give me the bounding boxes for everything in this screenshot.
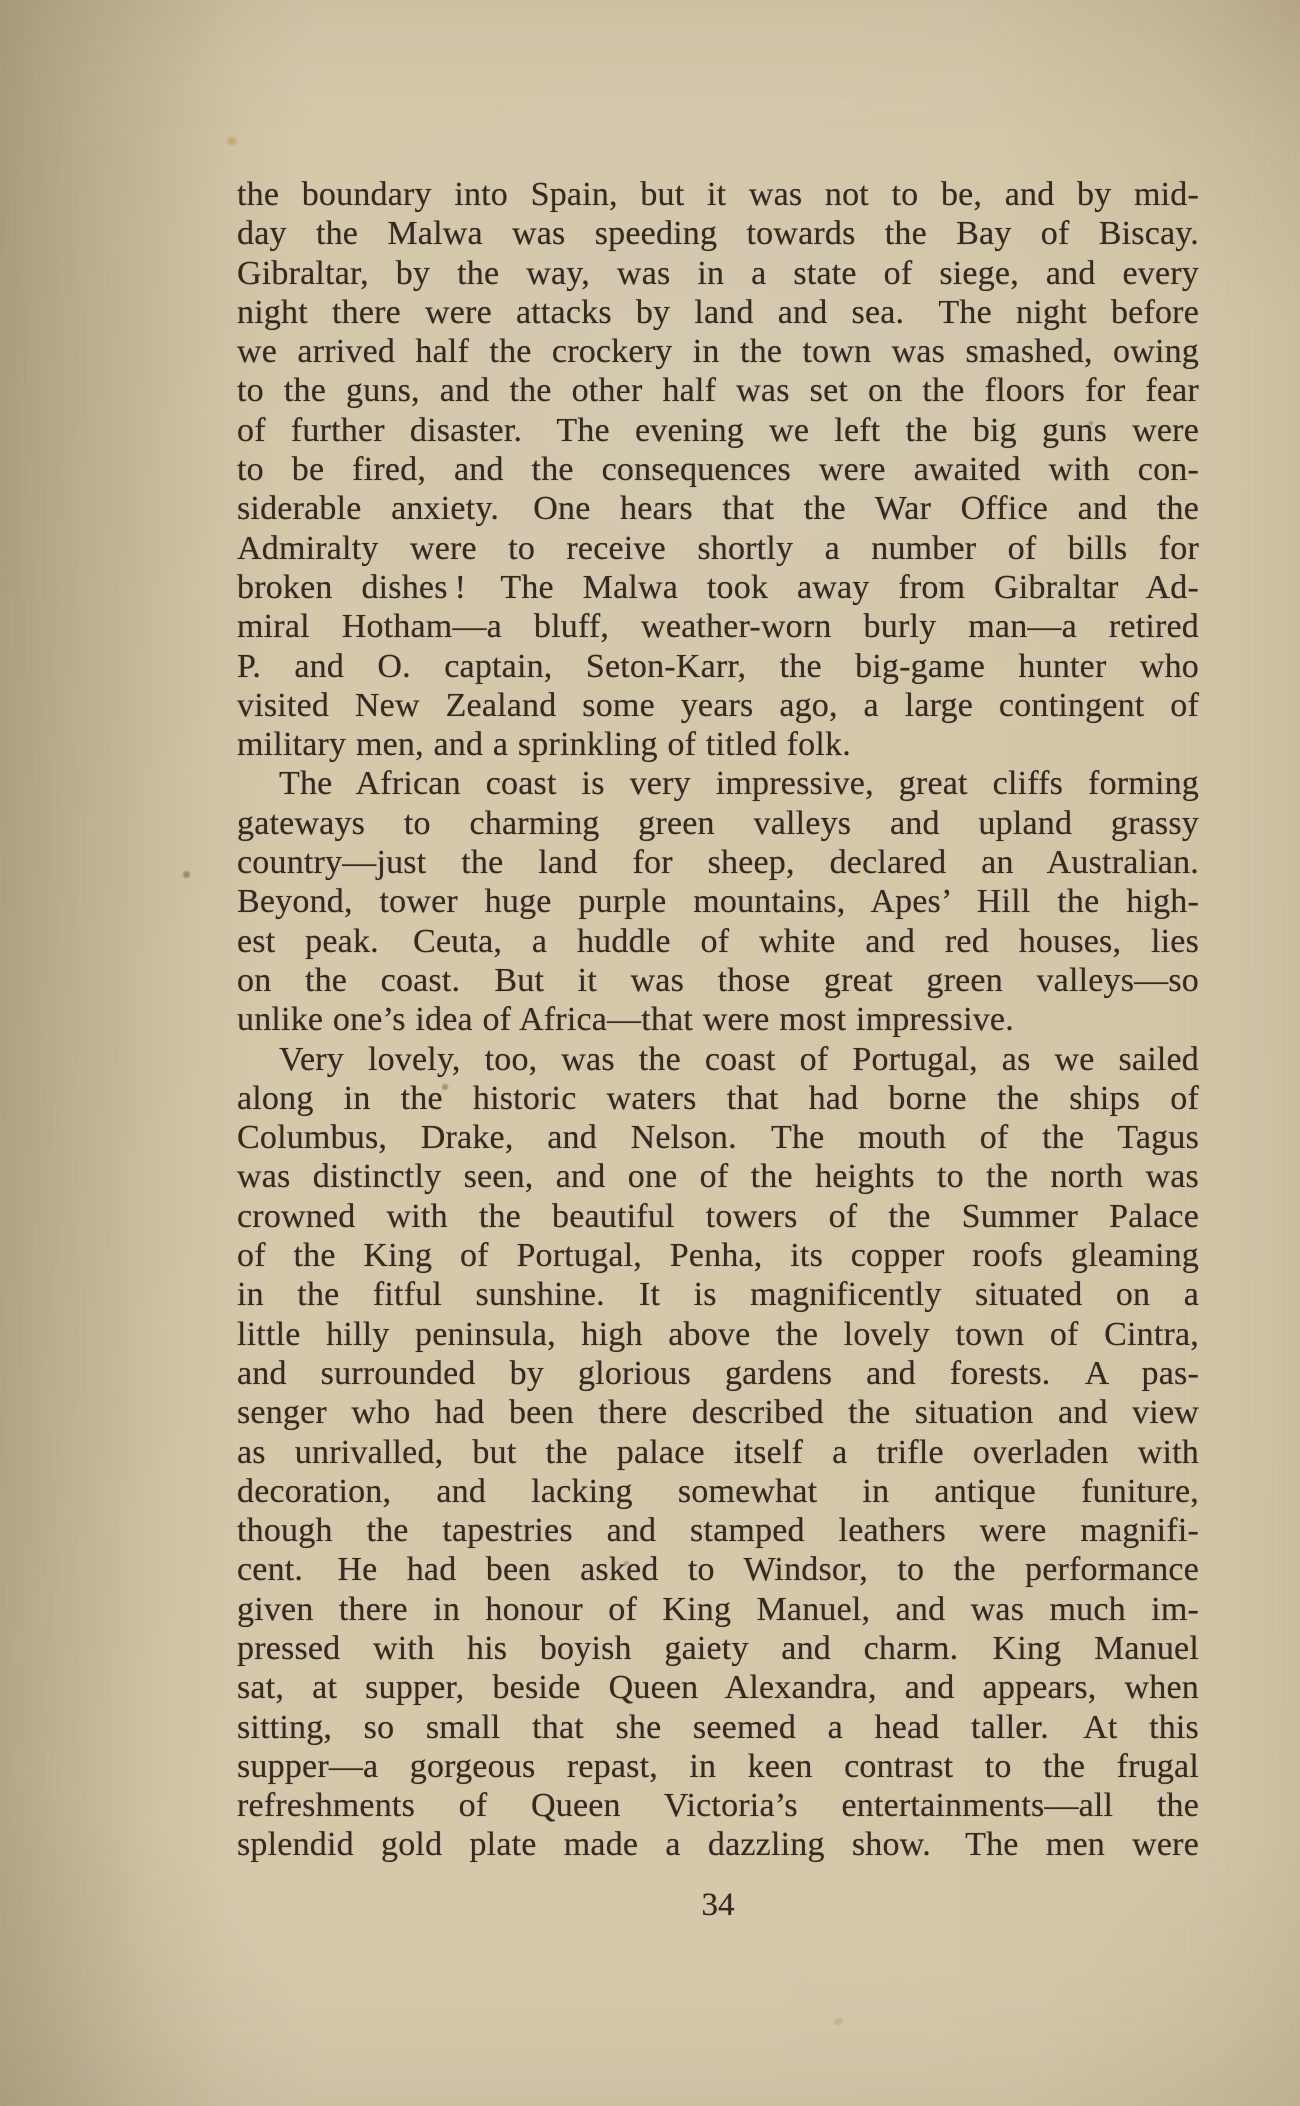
text-line: to the guns, and the other half was set … bbox=[237, 371, 1199, 410]
text-line: cent. He had been asked to Windsor, to t… bbox=[237, 1550, 1199, 1589]
text-line: the boundary into Spain, but it was not … bbox=[237, 175, 1199, 214]
text-line: we arrived half the crockery in the town… bbox=[237, 332, 1199, 371]
paper-stain bbox=[183, 871, 190, 878]
text-line: Beyond, tower huge purple mountains, Ape… bbox=[237, 882, 1199, 921]
text-line: Admiralty were to receive shortly a numb… bbox=[237, 529, 1199, 568]
text-line: crowned with the beautiful towers of the… bbox=[237, 1197, 1199, 1236]
text-line: visited New Zealand some years ago, a la… bbox=[237, 686, 1199, 725]
text-line: sitting, so small that she seemed a head… bbox=[237, 1708, 1199, 1747]
text-line: gateways to charming green valleys and u… bbox=[237, 804, 1199, 843]
text-line: est peak. Ceuta, a huddle of white and r… bbox=[237, 922, 1199, 961]
text-line: Very lovely, too, was the coast of Portu… bbox=[237, 1040, 1199, 1079]
text-line: pressed with his boyish gaiety and charm… bbox=[237, 1629, 1199, 1668]
text-line: Columbus, Drake, and Nelson. The mouth o… bbox=[237, 1118, 1199, 1157]
text-line: little hilly peninsula, high above the l… bbox=[237, 1315, 1199, 1354]
text-line: night there were attacks by land and sea… bbox=[237, 293, 1199, 332]
paper-stain bbox=[227, 137, 237, 145]
text-line: in the fitful sunshine. It is magnificen… bbox=[237, 1275, 1199, 1314]
book-page-scan: the boundary into Spain, but it was not … bbox=[0, 0, 1300, 2106]
text-line: though the tapestries and stamped leathe… bbox=[237, 1511, 1199, 1550]
text-line: military men, and a sprinkling of titled… bbox=[237, 725, 1199, 764]
text-line: miral Hotham—a bluff, weather-worn burly… bbox=[237, 607, 1199, 646]
text-line: sat, at supper, beside Queen Alexandra, … bbox=[237, 1668, 1199, 1707]
text-line: senger who had been there described the … bbox=[237, 1393, 1199, 1432]
text-line: The African coast is very impressive, gr… bbox=[237, 764, 1199, 803]
text-line: of the King of Portugal, Penha, its copp… bbox=[237, 1236, 1199, 1275]
text-line: P. and O. captain, Seton-Karr, the big-g… bbox=[237, 647, 1199, 686]
text-line: on the coast. But it was those great gre… bbox=[237, 961, 1199, 1000]
page-number: 34 bbox=[237, 1886, 1199, 1925]
text-line: along in the historic waters that had bo… bbox=[237, 1079, 1199, 1118]
text-line: country—just the land for sheep, declare… bbox=[237, 843, 1199, 882]
text-line: was distinctly seen, and one of the heig… bbox=[237, 1157, 1199, 1196]
text-line: refreshments of Queen Victoria’s enterta… bbox=[237, 1786, 1199, 1825]
text-line: splendid gold plate made a dazzling show… bbox=[237, 1825, 1199, 1864]
text-line: siderable anxiety. One hears that the Wa… bbox=[237, 489, 1199, 528]
text-line: to be fired, and the consequences were a… bbox=[237, 450, 1199, 489]
text-line: given there in honour of King Manuel, an… bbox=[237, 1590, 1199, 1629]
text-line: and surrounded by glorious gardens and f… bbox=[237, 1354, 1199, 1393]
text-line: supper—a gorgeous repast, in keen contra… bbox=[237, 1747, 1199, 1786]
text-line: as unrivalled, but the palace itself a t… bbox=[237, 1433, 1199, 1472]
text-line: decoration, and lacking somewhat in anti… bbox=[237, 1472, 1199, 1511]
text-line: of further disaster. The evening we left… bbox=[237, 411, 1199, 450]
paper-stain bbox=[834, 2018, 843, 2025]
text-line: broken dishes ! The Malwa took away from… bbox=[237, 568, 1199, 607]
text-line: unlike one’s idea of Africa—that were mo… bbox=[237, 1000, 1199, 1039]
text-column: the boundary into Spain, but it was not … bbox=[237, 175, 1199, 1865]
text-line: day the Malwa was speeding towards the B… bbox=[237, 214, 1199, 253]
text-line: Gibraltar, by the way, was in a state of… bbox=[237, 254, 1199, 293]
